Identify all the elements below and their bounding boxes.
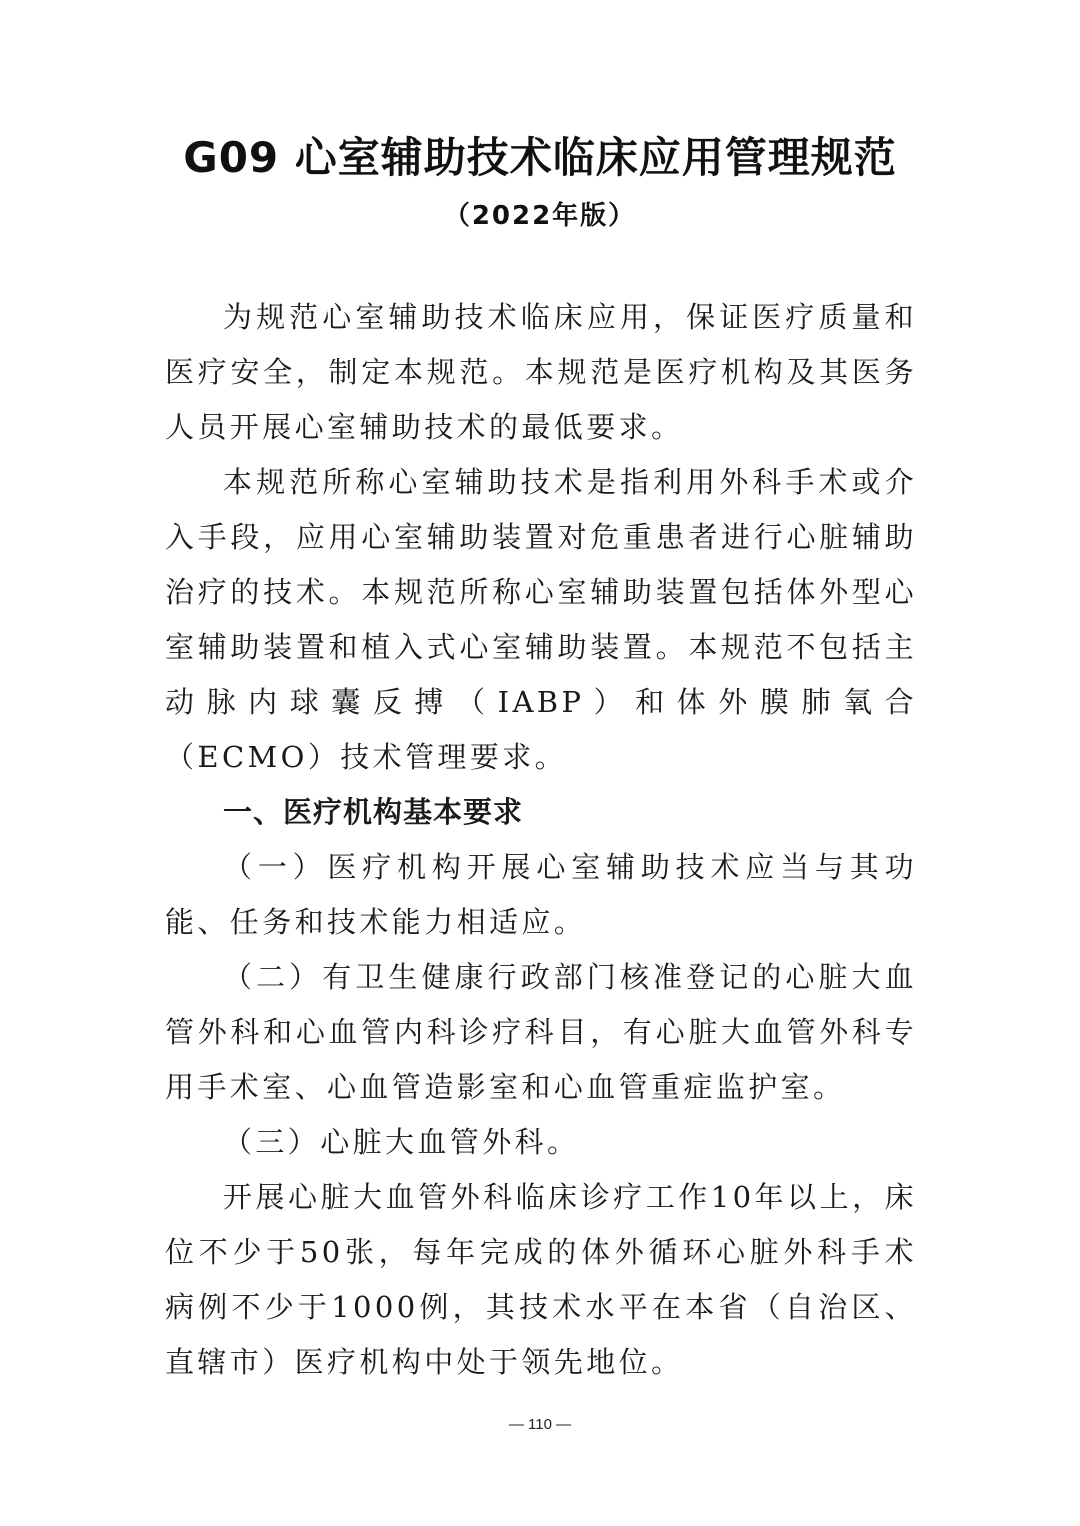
section-1-item-3-detail: 开展心脏大血管外科临床诊疗工作10年以上，床位不少于50张，每年完成的体外循环心…: [165, 1170, 917, 1390]
section-1-item-1: （一）医疗机构开展心室辅助技术应当与其功能、任务和技术能力相适应。: [165, 840, 917, 950]
section-1-item-2: （二）有卫生健康行政部门核准登记的心脏大血管外科和心血管内科诊疗科目，有心脏大血…: [165, 950, 917, 1115]
document-page: G09 心室辅助技术临床应用管理规范 （2022年版） 为规范心室辅助技术临床应…: [0, 0, 1080, 1526]
document-subtitle: （2022年版）: [0, 196, 1080, 236]
section-heading-1: 一、医疗机构基本要求: [165, 785, 917, 840]
document-title: G09 心室辅助技术临床应用管理规范: [0, 128, 1080, 188]
intro-paragraph-2: 本规范所称心室辅助技术是指利用外科手术或介入手段，应用心室辅助装置对危重患者进行…: [165, 455, 917, 785]
intro-paragraph-1: 为规范心室辅助技术临床应用，保证医疗质量和医疗安全，制定本规范。本规范是医疗机构…: [165, 290, 917, 455]
section-1-item-3: （三）心脏大血管外科。: [165, 1115, 917, 1170]
intro-section: 为规范心室辅助技术临床应用，保证医疗质量和医疗安全，制定本规范。本规范是医疗机构…: [165, 290, 917, 1390]
page-number: — 110 —: [0, 1416, 1080, 1433]
